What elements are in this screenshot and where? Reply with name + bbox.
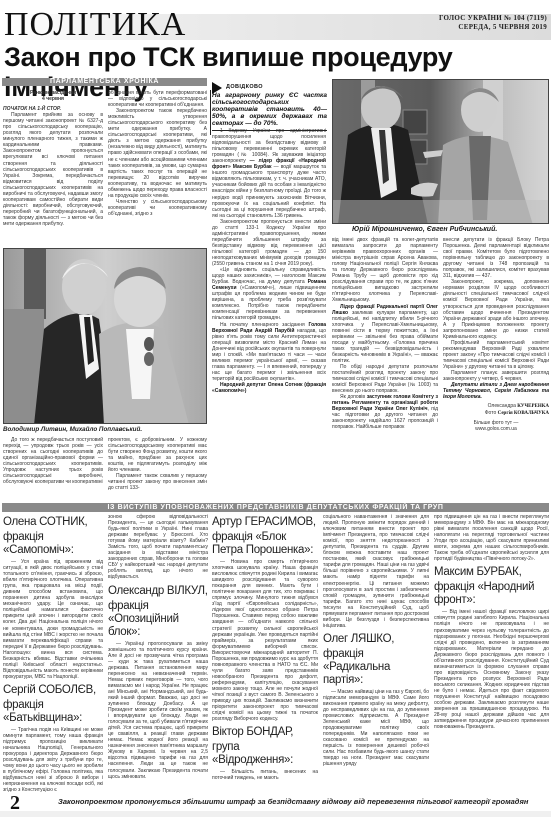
speech-text: соціального навантаження і значення для …: [323, 514, 429, 629]
speaker-name: Олена СОТНИК,: [3, 516, 103, 529]
paragraph: «Це відновить соціальну справедливість щ…: [212, 267, 326, 321]
paragraph: Профільний парламентський комітет рекоме…: [443, 340, 549, 370]
speaker-faction: фракція «Батьківщина»:: [3, 699, 103, 725]
photo-miroshnychenko-rybchynsky: [332, 79, 549, 224]
speaker-name: Сергій СОБОЛЄВ,: [3, 684, 103, 697]
dovidkovo-rule: [210, 90, 211, 135]
footer-quote: Законопроектом пропонується збільшити шт…: [58, 797, 528, 806]
issue-info: ГОЛОС УКРАЇНИ № 104 (7119) СЕРЕДА, 5 ЧЕР…: [439, 14, 547, 32]
paragraph: Як доповів заступник голови Комітету з п…: [332, 394, 438, 430]
paragraph: об'єднання мають бути переформатовані — …: [108, 90, 207, 108]
speech-text: — Українці проголосували за зміну зовніш…: [108, 641, 208, 780]
photo-image: [333, 80, 549, 224]
byline-author: Олександра КУЧЕРЕНКА: [443, 403, 549, 410]
paragraph: До того ж передбачається поступовий пере…: [3, 437, 103, 485]
rubric-parliament-chronicle: ПАРЛАМЕНТСЬКА ХРОНІКА: [2, 78, 207, 86]
dovidkovo-text: На аграрному ринку ЄС частка сільськогос…: [212, 92, 327, 131]
section-title: ПОЛІТИКА: [4, 8, 186, 42]
paragraph: Лідер фракції Радикальної партії Олег Ля…: [332, 304, 438, 364]
birthday-greeting: Депутати вітали з Днем народження Тетяну…: [443, 382, 549, 400]
speech-text: — Трагічна подія на Київщині не може оми…: [3, 727, 103, 794]
paragraph: проектом, є добровільним. У кожному сіль…: [108, 437, 207, 473]
paragraph: По обіді народні депутати розпочали пост…: [332, 364, 438, 394]
speech-col-3: Артур ГЕРАСИМОВ, фракція «Блок Петра Пор…: [212, 514, 318, 781]
speech-text: — Маємо найвищі ціни на газ у Європі, бо…: [323, 689, 429, 768]
paragraph: Законопроектом також передбачено можливі…: [108, 108, 207, 199]
speaker-faction: фракція «Блок Петра Порошенка»:: [212, 531, 318, 557]
speaker-faction: фракція «Народний фронт»:: [434, 581, 549, 607]
speech-text: — Уся країна під враженням від ситуації,…: [3, 559, 103, 680]
paragraph: Парламент також схвалив у першому читанн…: [108, 473, 207, 491]
paragraph: Парламент прийняв за основу в першому чи…: [3, 112, 103, 227]
paragraph: На початку пленарного засідання Голова В…: [212, 322, 326, 382]
speaker-name: Максим БУРБАК,: [434, 566, 549, 579]
website-link[interactable]: www.golos.com.ua: [443, 426, 549, 432]
paragraph: Законопроект, зокрема, доповнено нормами…: [443, 279, 549, 339]
speech-col-1: Олена СОТНИК, фракція «Самопоміч»: — Уся…: [3, 514, 103, 793]
issue-number: ГОЛОС УКРАЇНИ № 104 (7119): [439, 14, 547, 23]
paragraph: Народний депутат Олена Сотник (фракція «…: [212, 382, 326, 394]
dovidkovo-label: ДОВІДКОВО: [226, 84, 263, 90]
speaker-faction: фракція «Самопоміч»:: [3, 531, 103, 557]
newspaper-page: ПОЛІТИКА ГОЛОС УКРАЇНИ № 104 (7119) СЕРЕ…: [0, 0, 551, 817]
byline-photo: Фото Сергія КОВАЛЬЧУКА: [443, 410, 549, 417]
paragraph: Парламент планує завершити розгляд закон…: [443, 370, 549, 382]
speaker-name: Артур ГЕРАСИМОВ,: [212, 516, 318, 529]
photo-image: [4, 249, 207, 424]
article-col-1-lower: До того ж передбачається поступовий пере…: [3, 437, 103, 485]
speaker-name: Олег ЛЯШКО,: [323, 633, 429, 646]
footer-rule: [0, 811, 551, 817]
speech-text: зоною сферою відповідальності Президента…: [108, 514, 208, 581]
photo-caption-left: Володимир Литвин, Михайло Поплавський.: [3, 426, 142, 433]
speech-text: — Новина про смерть п'ятирічного хлопчик…: [212, 559, 318, 722]
paragraph: від імені двох фракцій та колег-депутаті…: [332, 237, 438, 304]
paragraph: 1 Кодексу України про адміністративні пр…: [212, 128, 326, 219]
photo-lytvyn-poplavsky: [3, 248, 207, 424]
issue-date: СЕРЕДА, 5 ЧЕРВНЯ 2019: [439, 23, 547, 32]
dateline-date: 4 червня: [3, 96, 103, 102]
paragraph: Законопроектом пропонується внести зміни…: [212, 219, 326, 267]
article-col-3: 1 Кодексу України про адміністративні пр…: [212, 128, 326, 394]
article-col-4: від імені двох фракцій та колег-депутаті…: [332, 237, 438, 431]
speech-col-4: соціального навантаження і значення для …: [323, 514, 429, 768]
speech-text: — Більшість питань, внесених на поточний…: [212, 769, 318, 781]
speech-col-2: зоною сферою відповідальності Президента…: [108, 514, 208, 780]
speech-text: про підвищення цін на газ і внести перег…: [434, 514, 549, 562]
paragraph: Членство у сільськогосподарському коопер…: [108, 199, 207, 217]
rubric-faction-speeches: ІЗ ВИСТУПІВ УПОВНОВАЖЕНИХ ПРЕДСТАВНИКІВ …: [2, 503, 549, 512]
speaker-faction: фракція «Опозиційний блок»:: [108, 600, 208, 639]
article-col-2: об'єднання мають бути переформатовані — …: [108, 90, 207, 217]
speaker-faction: фракція «Радикальна партія»:: [323, 648, 429, 687]
paragraph: внесли депутати із фракції Блоку Петра П…: [443, 237, 549, 279]
article-col-2-lower: проектом, є добровільним. У кожному сіль…: [108, 437, 207, 491]
speaker-name: Олександр ВІЛКУЛ,: [108, 585, 208, 598]
speaker-faction: група «Відродження»:: [212, 741, 318, 767]
speaker-name: Віктор БОНДАР,: [212, 726, 318, 739]
article-col-1: Ранкове засідання 4 червня ПОЧАТОК НА 1-…: [3, 90, 103, 227]
speech-text: — Від імені нашої фракції висловлюю щирі…: [434, 609, 549, 730]
speech-col-5: про підвищення цін на газ і внести перег…: [434, 514, 549, 730]
article-col-5: внесли депутати із фракції Блоку Петра П…: [443, 237, 549, 432]
photo-caption-right: Юрій Мірошниченко, Євген Рибчинський.: [352, 226, 497, 233]
